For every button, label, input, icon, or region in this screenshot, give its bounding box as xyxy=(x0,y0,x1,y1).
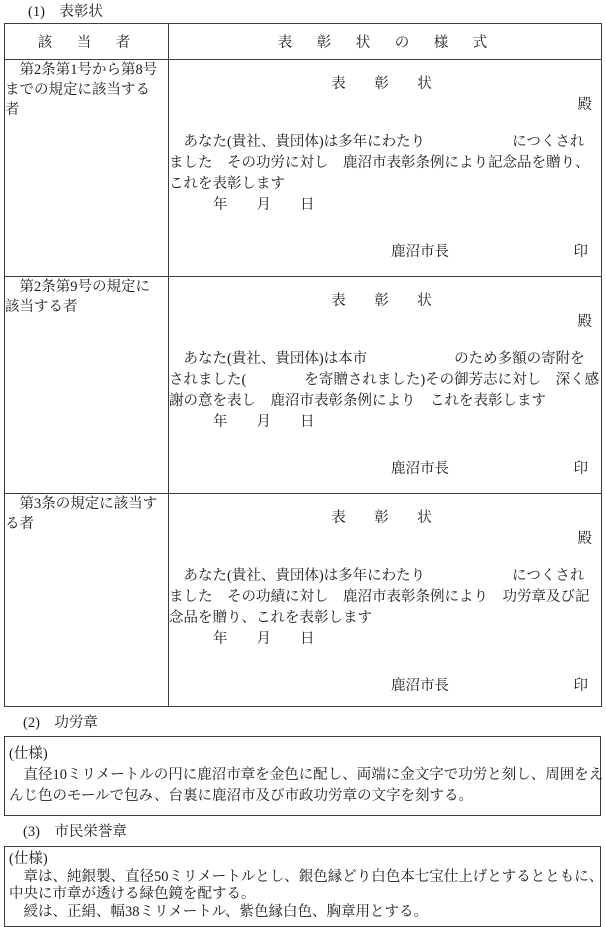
certificate-body-line: これを表彰します xyxy=(169,174,601,195)
recipient-honorific: 殿 xyxy=(169,529,601,550)
certificate-format-cell-1: 表 彰 状 殿 あなた(貴社、貴団体)は多年にわたり につくされ ました その功… xyxy=(169,60,602,277)
certificate-title: 表 彰 状 xyxy=(169,277,601,312)
spec-text-line: 章は、純銀製、直径50ミリメートルとし、銀色縁どり白色本七宝仕上げとするとともに… xyxy=(9,869,596,887)
certificate-body: あなた(貴社、貴団体)は本市 のため多額の寄附を されました( を寄贈されました… xyxy=(169,349,601,433)
table-row: 第3条の規定に該当す る者 表 彰 状 殿 あなた(貴社、貴団体)は多年にわたり… xyxy=(5,494,602,707)
certificate-body-line: ました その功労に対し 鹿沼市表彰条例により記念品を贈り、 xyxy=(169,153,601,174)
applicable-person-cell-2: 第2条第9号の規定に 該当する者 xyxy=(5,277,169,494)
recipient-honorific: 殿 xyxy=(169,95,601,116)
certificate-body-line: あなた(貴社、貴団体)は多年にわたり につくされ xyxy=(169,566,601,587)
certificate-body: あなた(貴社、貴団体)は多年にわたり につくされ ました その功績に対し 鹿沼市… xyxy=(169,566,601,650)
mayor-signature: 鹿沼市長 xyxy=(391,676,449,697)
certificate-body-line: ました その功績に対し 鹿沼市表彰条例により 功労章及び記 xyxy=(169,587,601,608)
certificate-format-cell-3: 表 彰 状 殿 あなた(貴社、貴団体)は多年にわたり につくされ ました その功… xyxy=(169,494,602,707)
applicable-person-cell-3: 第3条の規定に該当す る者 xyxy=(5,494,169,707)
citizen-honor-spec-box: (仕様) 章は、純銀製、直径50ミリメートルとし、銀色縁どり白色本七宝仕上げとす… xyxy=(4,846,601,927)
table-row: 第2条第1号から第8号 までの規定に該当する 者 表 彰 状 殿 あなた(貴社、… xyxy=(5,60,602,277)
spec-text-line: 直径10ミリメートルの円に鹿沼市章を金色に配し、両端に金文字で功労と刻し、周囲を… xyxy=(9,765,596,786)
signature-line: 鹿沼市長 印 xyxy=(169,242,601,263)
applicable-person-cell-1: 第2条第1号から第8号 までの規定に該当する 者 xyxy=(5,60,169,277)
certificate-body-line: あなた(貴社、貴団体)は多年にわたり につくされ xyxy=(169,132,601,153)
certificate-title: 表 彰 状 xyxy=(169,494,601,529)
applicable-person-text: 第3条の規定に該当す xyxy=(5,494,168,514)
certificate-title: 表 彰 状 xyxy=(169,60,601,95)
merit-badge-spec-box: (仕様) 直径10ミリメートルの円に鹿沼市章を金色に配し、両端に金文字で功労と刻… xyxy=(4,736,601,816)
applicable-person-text: までの規定に該当する xyxy=(5,80,168,100)
seal-mark: 印 xyxy=(574,676,589,697)
column-header-applicable-person: 該 当 者 xyxy=(5,24,169,60)
certificate-body-line: されました( を寄贈されました)その御芳志に対し 深く感 xyxy=(169,370,601,391)
column-header-certificate-format: 表 彰 状 の 様 式 xyxy=(169,24,602,60)
certificate-body-line: あなた(貴社、貴団体)は本市 のため多額の寄附を xyxy=(169,349,601,370)
applicable-person-text: 者 xyxy=(5,100,168,120)
section-heading-commendation: (1) 表彰状 xyxy=(28,4,606,21)
signature-line: 鹿沼市長 印 xyxy=(169,459,601,480)
applicable-person-text: る者 xyxy=(5,514,168,534)
certificate-body: あなた(貴社、貴団体)は多年にわたり につくされ ました その功労に対し 鹿沼市… xyxy=(169,132,601,216)
applicable-person-text: 該当する者 xyxy=(5,297,168,317)
certificate-date-line: 年 月 日 xyxy=(169,195,601,216)
spec-text-line: 中央に市章が透ける緑色鏡を配する。 xyxy=(9,886,596,904)
spec-text-line: んじ色のモールで包み、台裏に鹿沼市及び市政功労章の文字を刻する。 xyxy=(9,786,596,807)
certificate-date-line: 年 月 日 xyxy=(169,629,601,650)
document-page: (1) 表彰状 該 当 者 表 彰 状 の 様 式 第2条第1号から第8号 まで… xyxy=(0,0,606,927)
commendation-format-table: 該 当 者 表 彰 状 の 様 式 第2条第1号から第8号 までの規定に該当する… xyxy=(4,23,602,707)
certificate-body-line: 謝の意を表し 鹿沼市表彰条例により これを表彰します xyxy=(169,391,601,412)
certificate-date-line: 年 月 日 xyxy=(169,412,601,433)
spec-label: (仕様) xyxy=(9,744,596,765)
mayor-signature: 鹿沼市長 xyxy=(391,242,449,263)
spec-label: (仕様) xyxy=(9,851,596,869)
applicable-person-text: 第2条第1号から第8号 xyxy=(5,60,168,80)
spec-text-line: 綬は、正絹、幅38ミリメートル、紫色縁白色、胸章用とする。 xyxy=(9,904,596,922)
table-header-row: 該 当 者 表 彰 状 の 様 式 xyxy=(5,24,602,60)
certificate-body-line: 念品を贈り、これを表彰します xyxy=(169,608,601,629)
seal-mark: 印 xyxy=(574,459,589,480)
seal-mark: 印 xyxy=(574,242,589,263)
certificate-format-cell-2: 表 彰 状 殿 あなた(貴社、貴団体)は本市 のため多額の寄附を されました( … xyxy=(169,277,602,494)
signature-line: 鹿沼市長 印 xyxy=(169,676,601,697)
mayor-signature: 鹿沼市長 xyxy=(391,459,449,480)
recipient-honorific: 殿 xyxy=(169,312,601,333)
applicable-person-text: 第2条第9号の規定に xyxy=(5,277,168,297)
section-heading-merit-badge: (2) 功労章 xyxy=(23,715,606,732)
section-heading-citizen-honor-badge: (3) 市民栄誉章 xyxy=(23,824,606,841)
table-row: 第2条第9号の規定に 該当する者 表 彰 状 殿 あなた(貴社、貴団体)は本市 … xyxy=(5,277,602,494)
